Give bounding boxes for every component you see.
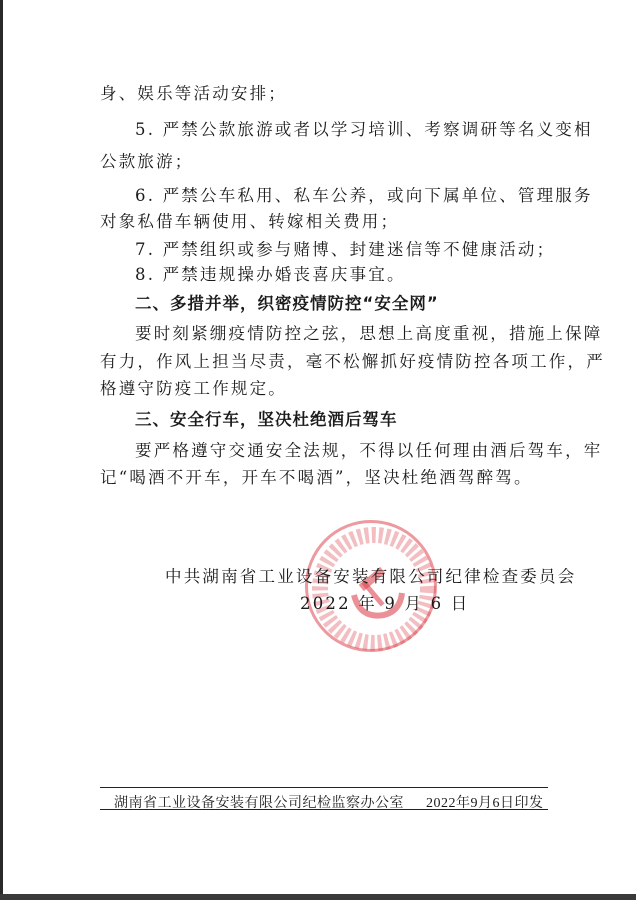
list-item-6: 6. 严禁公车私用、私车公养，或向下属单位、管理服务 [135,186,595,206]
section2-line: 要时刻紧绷疫情防控之弦，思想上高度重视，措施上保障 [135,324,595,344]
scan-bottom-edge [0,894,636,900]
list-item-5: 5. 严禁公款旅游或者以学习培训、考察调研等名义变相 [135,120,595,140]
footer-top-rule [100,787,548,788]
body-line: 对象私借车辆使用、转嫁相关费用； [100,212,560,232]
section-heading-3: 三、安全行车，坚决杜绝酒后驾车 [135,410,595,430]
footer-bottom-rule [100,809,548,810]
body-line: 公款旅游； [100,152,560,172]
scan-left-edge [0,0,3,900]
list-item-8: 8. 严禁违规操办婚丧喜庆事宜。 [135,265,595,285]
section3-line: 要严格遵守交通安全法规，不得以任何理由酒后驾车，牢 [135,441,595,461]
section2-line: 有力，作风上担当尽责，毫不松懈抓好疫情防控各项工作，严 [100,352,560,372]
hammer-sickle-icon [308,523,440,655]
list-item-7: 7. 严禁组织或参与赌博、封建迷信等不健康活动； [135,240,595,260]
section-heading-2: 二、多措并举，织密疫情防控“安全网” [135,294,595,314]
section2-line: 格遵守防疫工作规定。 [100,379,560,399]
section3-line: 记“喝酒不开车，开车不喝酒”，坚决杜绝酒驾醉驾。 [100,468,560,488]
body-line: 身、娱乐等活动安排； [100,84,560,104]
signature-date: 2022 年 9 月 6 日 [300,590,470,614]
signature-organization: 中共湖南省工业设备安装有限公司纪律检查委员会 [165,563,576,587]
